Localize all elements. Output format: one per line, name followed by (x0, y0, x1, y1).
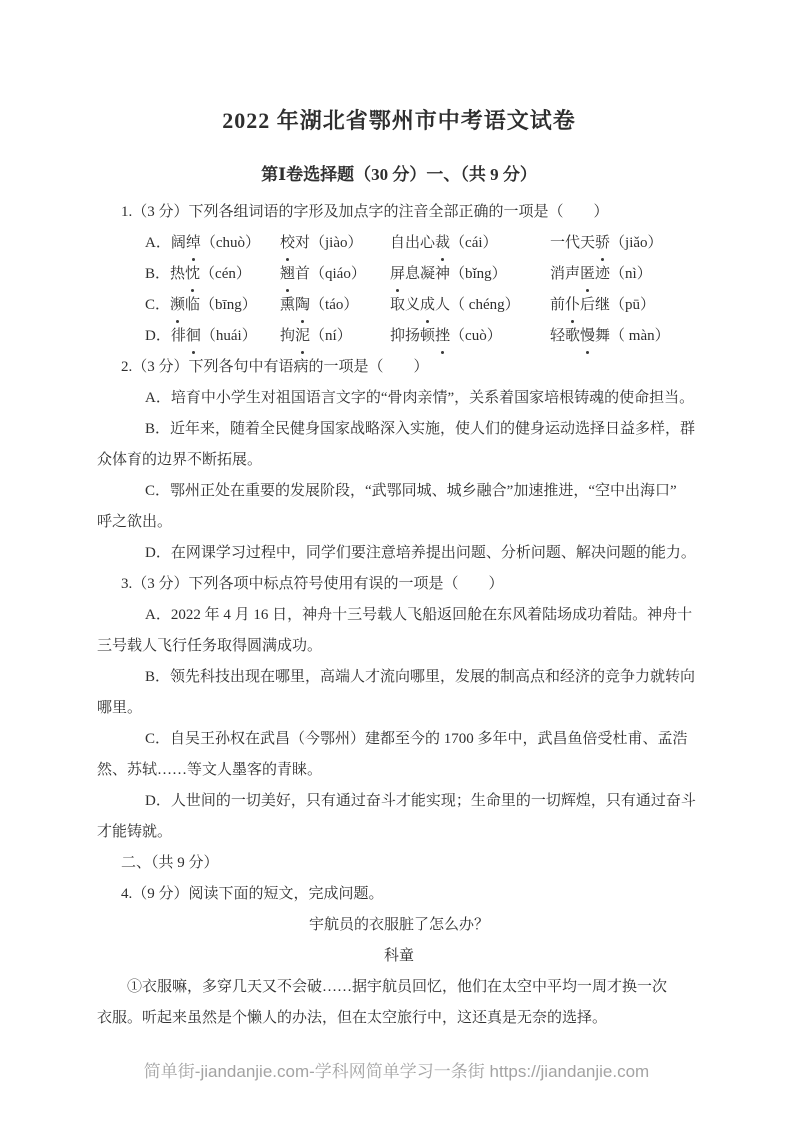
phrase-dotted-char: 徊 (186, 321, 201, 352)
q2-option-b-line1: B．近年来，随着全民健身国家战略深入实施，使人们的健身运动选择日益多样，群 (97, 414, 701, 445)
phrase-dotted-char: 屏 (390, 259, 405, 290)
phrase-pre: 取义 (390, 297, 420, 313)
q1-d-phrase-2: 拘泥（ní） (280, 321, 390, 352)
phrase-post: 后继（pū） (580, 297, 655, 313)
q1-a-phrase-4: 一代天骄（jiǎo） (550, 228, 701, 259)
option-label: A． (145, 235, 171, 251)
phrase-post: 舞（ màn） (595, 328, 670, 344)
phrase-pre: 热 (170, 266, 185, 282)
phrase-pre: 消声 (550, 266, 580, 282)
phrase-pre: 一代天 (550, 235, 595, 251)
phrase-post: （táo） (310, 297, 358, 313)
q1-a-phrase-2: 校对（jiào） (280, 228, 390, 259)
section2-header: 二、（共 9 分） (97, 848, 701, 879)
q1-option-b: B．热忱（cén） 翘首（qiáo） 屏息凝神（bǐng） 消声匿迹（nì） (97, 259, 701, 290)
q3-stem: 3.（3 分）下列各项中标点符号使用有误的一项是（ ） (97, 569, 701, 600)
phrase-pre: 前 (550, 297, 565, 313)
q1-c-phrase-3: 取义成人（ chéng） (390, 290, 550, 321)
phrase-dotted-char: 绰 (186, 228, 201, 259)
phrase-dotted-char: 陶 (295, 290, 310, 321)
phrase-post: （cuò） (450, 328, 502, 344)
phrase-post: 首（qiáo） (295, 266, 366, 282)
q3-option-d-line1: D．人世间的一切美好，只有通过奋斗才能实现；生命里的一切辉煌，只有通过奋斗 (97, 786, 701, 817)
q1-a-phrase-3: 自出心裁（cái） (390, 228, 550, 259)
q3-option-d-line2: 才能铸就。 (97, 817, 701, 848)
phrase-post: 人（ chéng） (435, 297, 520, 313)
phrase-dotted-char: 匿 (580, 259, 595, 290)
phrase-pre: 阔 (171, 235, 186, 251)
phrase-dotted-char: 泥 (295, 321, 310, 352)
phrase-post: （cén） (200, 266, 251, 282)
q1-b-phrase-4: 消声匿迹（nì） (550, 259, 701, 290)
passage-p1-line2: 衣服。听起来虽然是个懒人的办法，但在太空旅行中，这还真是无奈的选择。 (97, 1003, 701, 1034)
watermark-footer: 简单街-jiandanjie.com-学科网简单学习一条街 https://ji… (0, 1060, 793, 1084)
phrase-post: （cái） (450, 235, 497, 251)
q1-b-phrase-1: B．热忱（cén） (145, 259, 280, 290)
option-label: B． (145, 266, 170, 282)
q1-option-d: D．徘徊（huái） 拘泥（ní） 抑扬顿挫（cuò） 轻歌慢舞（ màn） (97, 321, 701, 352)
q1-d-phrase-4: 轻歌慢舞（ màn） (550, 321, 701, 352)
q4-stem: 4.（9 分）阅读下面的短文，完成问题。 (97, 879, 701, 910)
q1-b-phrase-2: 翘首（qiáo） (280, 259, 390, 290)
q1-b-phrase-3: 屏息凝神（bǐng） (390, 259, 550, 290)
phrase-dotted-char: 裁 (435, 228, 450, 259)
section1-header: 第Ⅰ卷选择题（30 分）一、（共 9 分） (97, 163, 701, 187)
phrase-post: （huái） (201, 328, 257, 344)
q3-option-c-line2: 然、苏轼……等文人墨客的青睐。 (97, 755, 701, 786)
phrase-pre: 轻歌 (550, 328, 580, 344)
q3-option-a-line1: A．2022 年 4 月 16 日，神舟十三号载人飞船返回舱在东风着陆场成功着陆… (97, 600, 701, 631)
q1-c-phrase-2: 熏陶（táo） (280, 290, 390, 321)
q2-option-b-line2: 众体育的边界不断拓展。 (97, 445, 701, 476)
passage-p1-line1: ①衣服嘛，多穿几天又不会破……据宇航员回忆，他们在太空中平均一周才换一次 (97, 972, 701, 1003)
phrase-dotted-char: 校 (280, 228, 295, 259)
phrase-dotted-char: 慢 (580, 321, 595, 352)
q3-option-b-line1: B．领先科技出现在哪里，高端人才流向哪里，发展的制高点和经济的竞争力就转向 (97, 662, 701, 693)
q1-d-phrase-1: D．徘徊（huái） (145, 321, 280, 352)
q1-c-phrase-1: C．濒临（bīng） (145, 290, 280, 321)
passage-title: 宇航员的衣服脏了怎么办？ (97, 910, 701, 941)
phrase-pre: 徘 (171, 328, 186, 344)
q2-option-d: D．在网课学习过程中，同学们要注意培养提出问题、分析问题、解决问题的能力。 (97, 538, 701, 569)
q1-stem: 1.（3 分）下列各组词语的字形及加点字的注音全部正确的一项是（ ） (97, 197, 701, 228)
phrase-dotted-char: 翘 (280, 259, 295, 290)
page-content: 2022 年湖北省鄂州市中考语文试卷 第Ⅰ卷选择题（30 分）一、（共 9 分）… (97, 106, 701, 1034)
q1-c-phrase-4: 前仆后继（pū） (550, 290, 701, 321)
q1-option-a: A．阔绰（chuò） 校对（jiào） 自出心裁（cái） 一代天骄（jiǎo） (97, 228, 701, 259)
q3-option-a-line2: 三号载人飞行任务取得圆满成功。 (97, 631, 701, 662)
q2-option-c-line1: C．鄂州正处在重要的发展阶段，“武鄂同城、城乡融合”加速推进，“空中出海口” (97, 476, 701, 507)
q2-stem: 2.（3 分）下列各句中有语病的一项是（ ） (97, 352, 701, 383)
phrase-pre: 自出心 (390, 235, 435, 251)
phrase-dotted-char: 仆 (565, 290, 580, 321)
phrase-dotted-char: 濒 (170, 290, 185, 321)
phrase-dotted-char: 成 (420, 290, 435, 321)
q3-option-c-line1: C．自吴王孙权在武昌（今鄂州）建都至今的 1700 多年中，武昌鱼倍受杜甫、孟浩 (97, 724, 701, 755)
q2-option-a: A．培育中小学生对祖国语言文字的“骨肉亲情”，关系着国家培根铸魂的使命担当。 (97, 383, 701, 414)
q2-option-c-line2: 呼之欲出。 (97, 507, 701, 538)
phrase-dotted-char: 挫 (435, 321, 450, 352)
phrase-dotted-char: 忱 (185, 259, 200, 290)
phrase-post: 临（bīng） (185, 297, 257, 313)
q3-option-b-line2: 哪里。 (97, 693, 701, 724)
passage-author: 科童 (97, 941, 701, 972)
phrase-pre: 抑扬顿 (390, 328, 435, 344)
phrase-post: （chuò） (201, 235, 260, 251)
q1-d-phrase-3: 抑扬顿挫（cuò） (390, 321, 550, 352)
phrase-post: 息凝神（bǐng） (405, 266, 507, 282)
phrase-dotted-char: 骄 (595, 228, 610, 259)
q1-a-phrase-1: A．阔绰（chuò） (145, 228, 280, 259)
phrase-post: （jiǎo） (610, 235, 663, 251)
option-label: D． (145, 328, 171, 344)
phrase-pre: 熏 (280, 297, 295, 313)
phrase-pre: 拘 (280, 328, 295, 344)
phrase-post: 对（jiào） (295, 235, 363, 251)
option-label: C． (145, 297, 170, 313)
exam-page: 2022 年湖北省鄂州市中考语文试卷 第Ⅰ卷选择题（30 分）一、（共 9 分）… (0, 0, 793, 1122)
phrase-post: 迹（nì） (595, 266, 652, 282)
q1-option-c: C．濒临（bīng） 熏陶（táo） 取义成人（ chéng） 前仆后继（pū） (97, 290, 701, 321)
page-title: 2022 年湖北省鄂州市中考语文试卷 (97, 106, 701, 136)
phrase-post: （ní） (310, 328, 352, 344)
